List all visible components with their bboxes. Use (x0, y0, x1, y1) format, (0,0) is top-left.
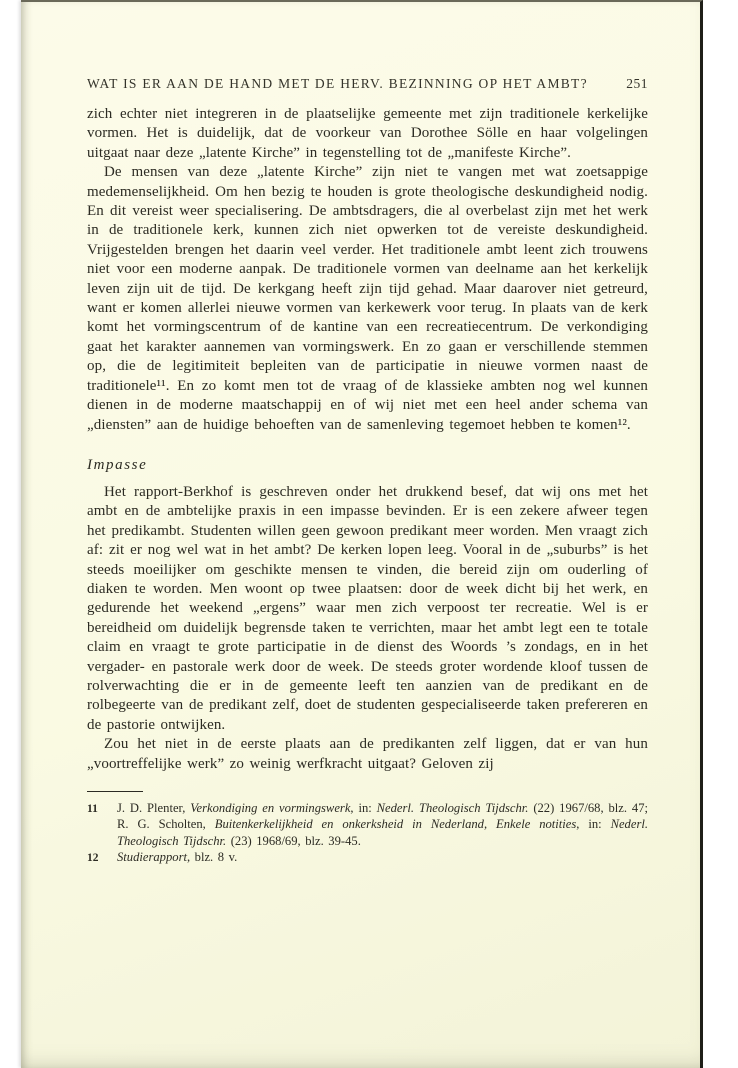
footnote-separator-rule (87, 791, 143, 792)
paragraph-continuation: zich echter niet integreren in de plaats… (87, 105, 648, 163)
footnote-text: Studierapport, blz. 8 v. (117, 849, 648, 866)
footnote-number: 12 (87, 849, 117, 866)
footnote-12: 12 Studierapport, blz. 8 v. (87, 849, 648, 866)
running-header: WAT IS ER AAN DE HAND MET DE HERV. BEZIN… (87, 2, 648, 92)
scanned-book-page: WAT IS ER AAN DE HAND MET DE HERV. BEZIN… (0, 0, 738, 1068)
paragraph-zou-het-niet: Zou het niet in de eerste plaats aan de … (87, 735, 648, 774)
section-heading-impasse: Impasse (87, 457, 648, 474)
footnotes-block: 11 J. D. Plenter, Verkondiging en vormin… (87, 791, 648, 866)
page-number: 251 (626, 76, 648, 92)
running-header-title: WAT IS ER AAN DE HAND MET DE HERV. BEZIN… (87, 76, 588, 92)
body-text: zich echter niet integreren in de plaats… (87, 105, 648, 774)
page-content: WAT IS ER AAN DE HAND MET DE HERV. BEZIN… (87, 2, 648, 866)
footnote-text: J. D. Plenter, Verkondiging en vormingsw… (117, 800, 648, 849)
paragraph-rapport-berkhof: Het rapport-Berkhof is geschreven onder … (87, 483, 648, 735)
footnote-number: 11 (87, 800, 117, 849)
paragraph-latente-kirche: De mensen van deze „latente Kirche” zijn… (87, 163, 648, 435)
paper-sheet: WAT IS ER AAN DE HAND MET DE HERV. BEZIN… (21, 0, 703, 1068)
footnote-11: 11 J. D. Plenter, Verkondiging en vormin… (87, 800, 648, 849)
